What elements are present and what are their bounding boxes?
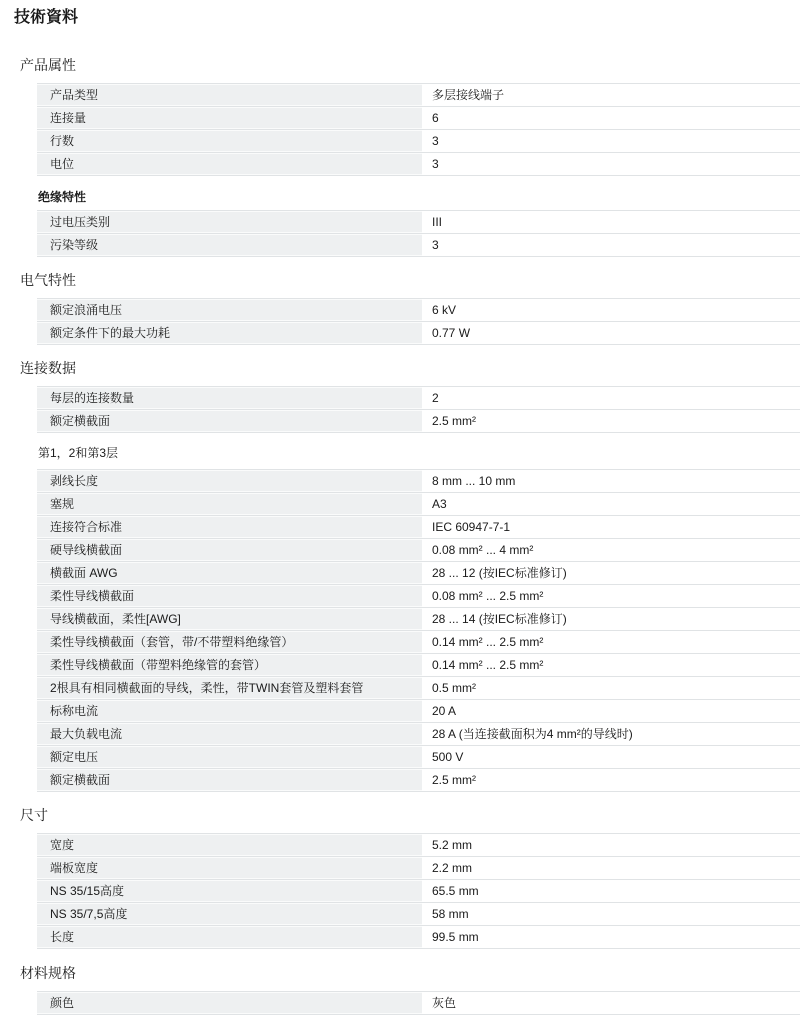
table-row: 端板宽度2.2 mm — [37, 857, 800, 880]
row-label: 宽度 — [37, 834, 422, 856]
table-row: 额定条件下的最大功耗0.77 W — [37, 322, 800, 345]
row-label: 额定电压 — [37, 746, 422, 768]
table-row: 额定横截面2.5 mm² — [37, 769, 800, 792]
row-value: 28 A (当连接截面积为4 mm²的导线时) — [422, 723, 800, 745]
table-row: 硬导线横截面0.08 mm² ... 4 mm² — [37, 539, 800, 562]
section-heading-connection: 连接数据 — [20, 360, 800, 376]
connection-table: 每层的连接数量2额定横截面2.5 mm² — [37, 386, 800, 433]
row-value: 28 ... 14 (按IEC标准修订) — [422, 608, 800, 630]
table-row: 额定浪涌电压6 kV — [37, 299, 800, 322]
row-value: 500 V — [422, 746, 800, 768]
table-row: 产品类型多层接线端子 — [37, 84, 800, 107]
table-row: 连接量6 — [37, 107, 800, 130]
row-label: 颜色 — [37, 992, 422, 1014]
row-label: 2根具有相同横截面的导线，柔性，带TWIN套管及塑料套管 — [37, 677, 422, 699]
table-row: 电位3 — [37, 153, 800, 176]
row-label: NS 35/15高度 — [37, 880, 422, 902]
row-label: 塞规 — [37, 493, 422, 515]
row-value: 0.5 mm² — [422, 677, 800, 699]
row-value: 3 — [422, 130, 800, 152]
row-label: 导线横截面，柔性[AWG] — [37, 608, 422, 630]
page-title: 技術資料 — [14, 8, 800, 28]
row-value: 6 kV — [422, 299, 800, 321]
table-row: 柔性导线横截面（套管，带/不带塑料绝缘管）0.14 mm² ... 2.5 mm… — [37, 631, 800, 654]
table-row: 剥线长度8 mm ... 10 mm — [37, 470, 800, 493]
row-label: 额定横截面 — [37, 410, 422, 432]
table-row: 宽度5.2 mm — [37, 834, 800, 857]
dimensions-table: 宽度5.2 mm端板宽度2.2 mmNS 35/15高度65.5 mmNS 35… — [37, 833, 800, 949]
table-row: NS 35/7,5高度58 mm — [37, 903, 800, 926]
row-label: 柔性导线横截面（带塑料绝缘管的套管） — [37, 654, 422, 676]
row-label: 连接符合标准 — [37, 516, 422, 538]
electrical-table: 额定浪涌电压6 kV额定条件下的最大功耗0.77 W — [37, 298, 800, 345]
row-label: 最大负载电流 — [37, 723, 422, 745]
table-row: NS 35/15高度65.5 mm — [37, 880, 800, 903]
row-label: 柔性导线横截面（套管，带/不带塑料绝缘管） — [37, 631, 422, 653]
row-value: 0.14 mm² ... 2.5 mm² — [422, 654, 800, 676]
row-value: 99.5 mm — [422, 926, 800, 948]
row-value: IEC 60947-7-1 — [422, 516, 800, 538]
material-table: 颜色灰色 — [37, 991, 800, 1015]
subsection-heading-insulation: 绝缘特性 — [38, 190, 800, 204]
row-label: NS 35/7,5高度 — [37, 903, 422, 925]
section-heading-electrical: 电气特性 — [20, 272, 800, 288]
table-row: 额定电压500 V — [37, 746, 800, 769]
row-value: 灰色 — [422, 992, 800, 1014]
row-value: 3 — [422, 153, 800, 175]
row-value: 58 mm — [422, 903, 800, 925]
row-label: 额定浪涌电压 — [37, 299, 422, 321]
row-value: 8 mm ... 10 mm — [422, 470, 800, 492]
row-label: 电位 — [37, 153, 422, 175]
row-value: 0.77 W — [422, 322, 800, 344]
row-value: 0.08 mm² ... 4 mm² — [422, 539, 800, 561]
row-label: 连接量 — [37, 107, 422, 129]
row-label: 横截面 AWG — [37, 562, 422, 584]
row-value: 0.08 mm² ... 2.5 mm² — [422, 585, 800, 607]
table-row: 2根具有相同横截面的导线，柔性，带TWIN套管及塑料套管0.5 mm² — [37, 677, 800, 700]
table-row: 最大负载电流28 A (当连接截面积为4 mm²的导线时) — [37, 723, 800, 746]
row-label: 额定横截面 — [37, 769, 422, 791]
row-value: 2 — [422, 387, 800, 409]
table-row: 柔性导线横截面（带塑料绝缘管的套管）0.14 mm² ... 2.5 mm² — [37, 654, 800, 677]
row-label: 行数 — [37, 130, 422, 152]
table-row: 柔性导线横截面0.08 mm² ... 2.5 mm² — [37, 585, 800, 608]
table-row: 横截面 AWG28 ... 12 (按IEC标准修订) — [37, 562, 800, 585]
section-heading-material: 材料规格 — [20, 965, 800, 981]
section-heading-product-properties: 产品属性 — [20, 57, 800, 73]
row-label: 标称电流 — [37, 700, 422, 722]
row-value: 65.5 mm — [422, 880, 800, 902]
row-value: 28 ... 12 (按IEC标准修订) — [422, 562, 800, 584]
table-row: 行数3 — [37, 130, 800, 153]
row-value: 2.5 mm² — [422, 769, 800, 791]
row-value: 2.2 mm — [422, 857, 800, 879]
row-value: 20 A — [422, 700, 800, 722]
row-value: III — [422, 211, 800, 233]
row-label: 过电压类别 — [37, 211, 422, 233]
table-row: 连接符合标准IEC 60947-7-1 — [37, 516, 800, 539]
row-value: 5.2 mm — [422, 834, 800, 856]
row-label: 柔性导线横截面 — [37, 585, 422, 607]
row-value: 多层接线端子 — [422, 84, 800, 106]
row-label: 额定条件下的最大功耗 — [37, 322, 422, 344]
row-value: A3 — [422, 493, 800, 515]
table-row: 颜色灰色 — [37, 992, 800, 1015]
row-label: 端板宽度 — [37, 857, 422, 879]
table-row: 污染等级3 — [37, 234, 800, 257]
table-row: 标称电流20 A — [37, 700, 800, 723]
table-row: 每层的连接数量2 — [37, 387, 800, 410]
table-row: 过电压类别III — [37, 211, 800, 234]
row-value: 0.14 mm² ... 2.5 mm² — [422, 631, 800, 653]
row-label: 每层的连接数量 — [37, 387, 422, 409]
row-label: 硬导线横截面 — [37, 539, 422, 561]
section-heading-dimensions: 尺寸 — [20, 807, 800, 823]
table-row: 塞规A3 — [37, 493, 800, 516]
subsection-heading-layers: 第1，2和第3层 — [38, 446, 800, 460]
row-label: 产品类型 — [37, 84, 422, 106]
row-label: 剥线长度 — [37, 470, 422, 492]
row-value: 6 — [422, 107, 800, 129]
row-value: 2.5 mm² — [422, 410, 800, 432]
product-properties-table: 产品类型多层接线端子连接量6行数3电位3 — [37, 83, 800, 176]
row-value: 3 — [422, 234, 800, 256]
insulation-table: 过电压类别III污染等级3 — [37, 210, 800, 257]
table-row: 额定横截面2.5 mm² — [37, 410, 800, 433]
row-label: 污染等级 — [37, 234, 422, 256]
row-label: 长度 — [37, 926, 422, 948]
layers-table: 剥线长度8 mm ... 10 mm塞规A3连接符合标准IEC 60947-7-… — [37, 469, 800, 792]
table-row: 导线横截面，柔性[AWG]28 ... 14 (按IEC标准修订) — [37, 608, 800, 631]
technical-data-page: 技術資料 产品属性 产品类型多层接线端子连接量6行数3电位3 绝缘特性 过电压类… — [0, 8, 800, 1015]
table-row: 长度99.5 mm — [37, 926, 800, 949]
